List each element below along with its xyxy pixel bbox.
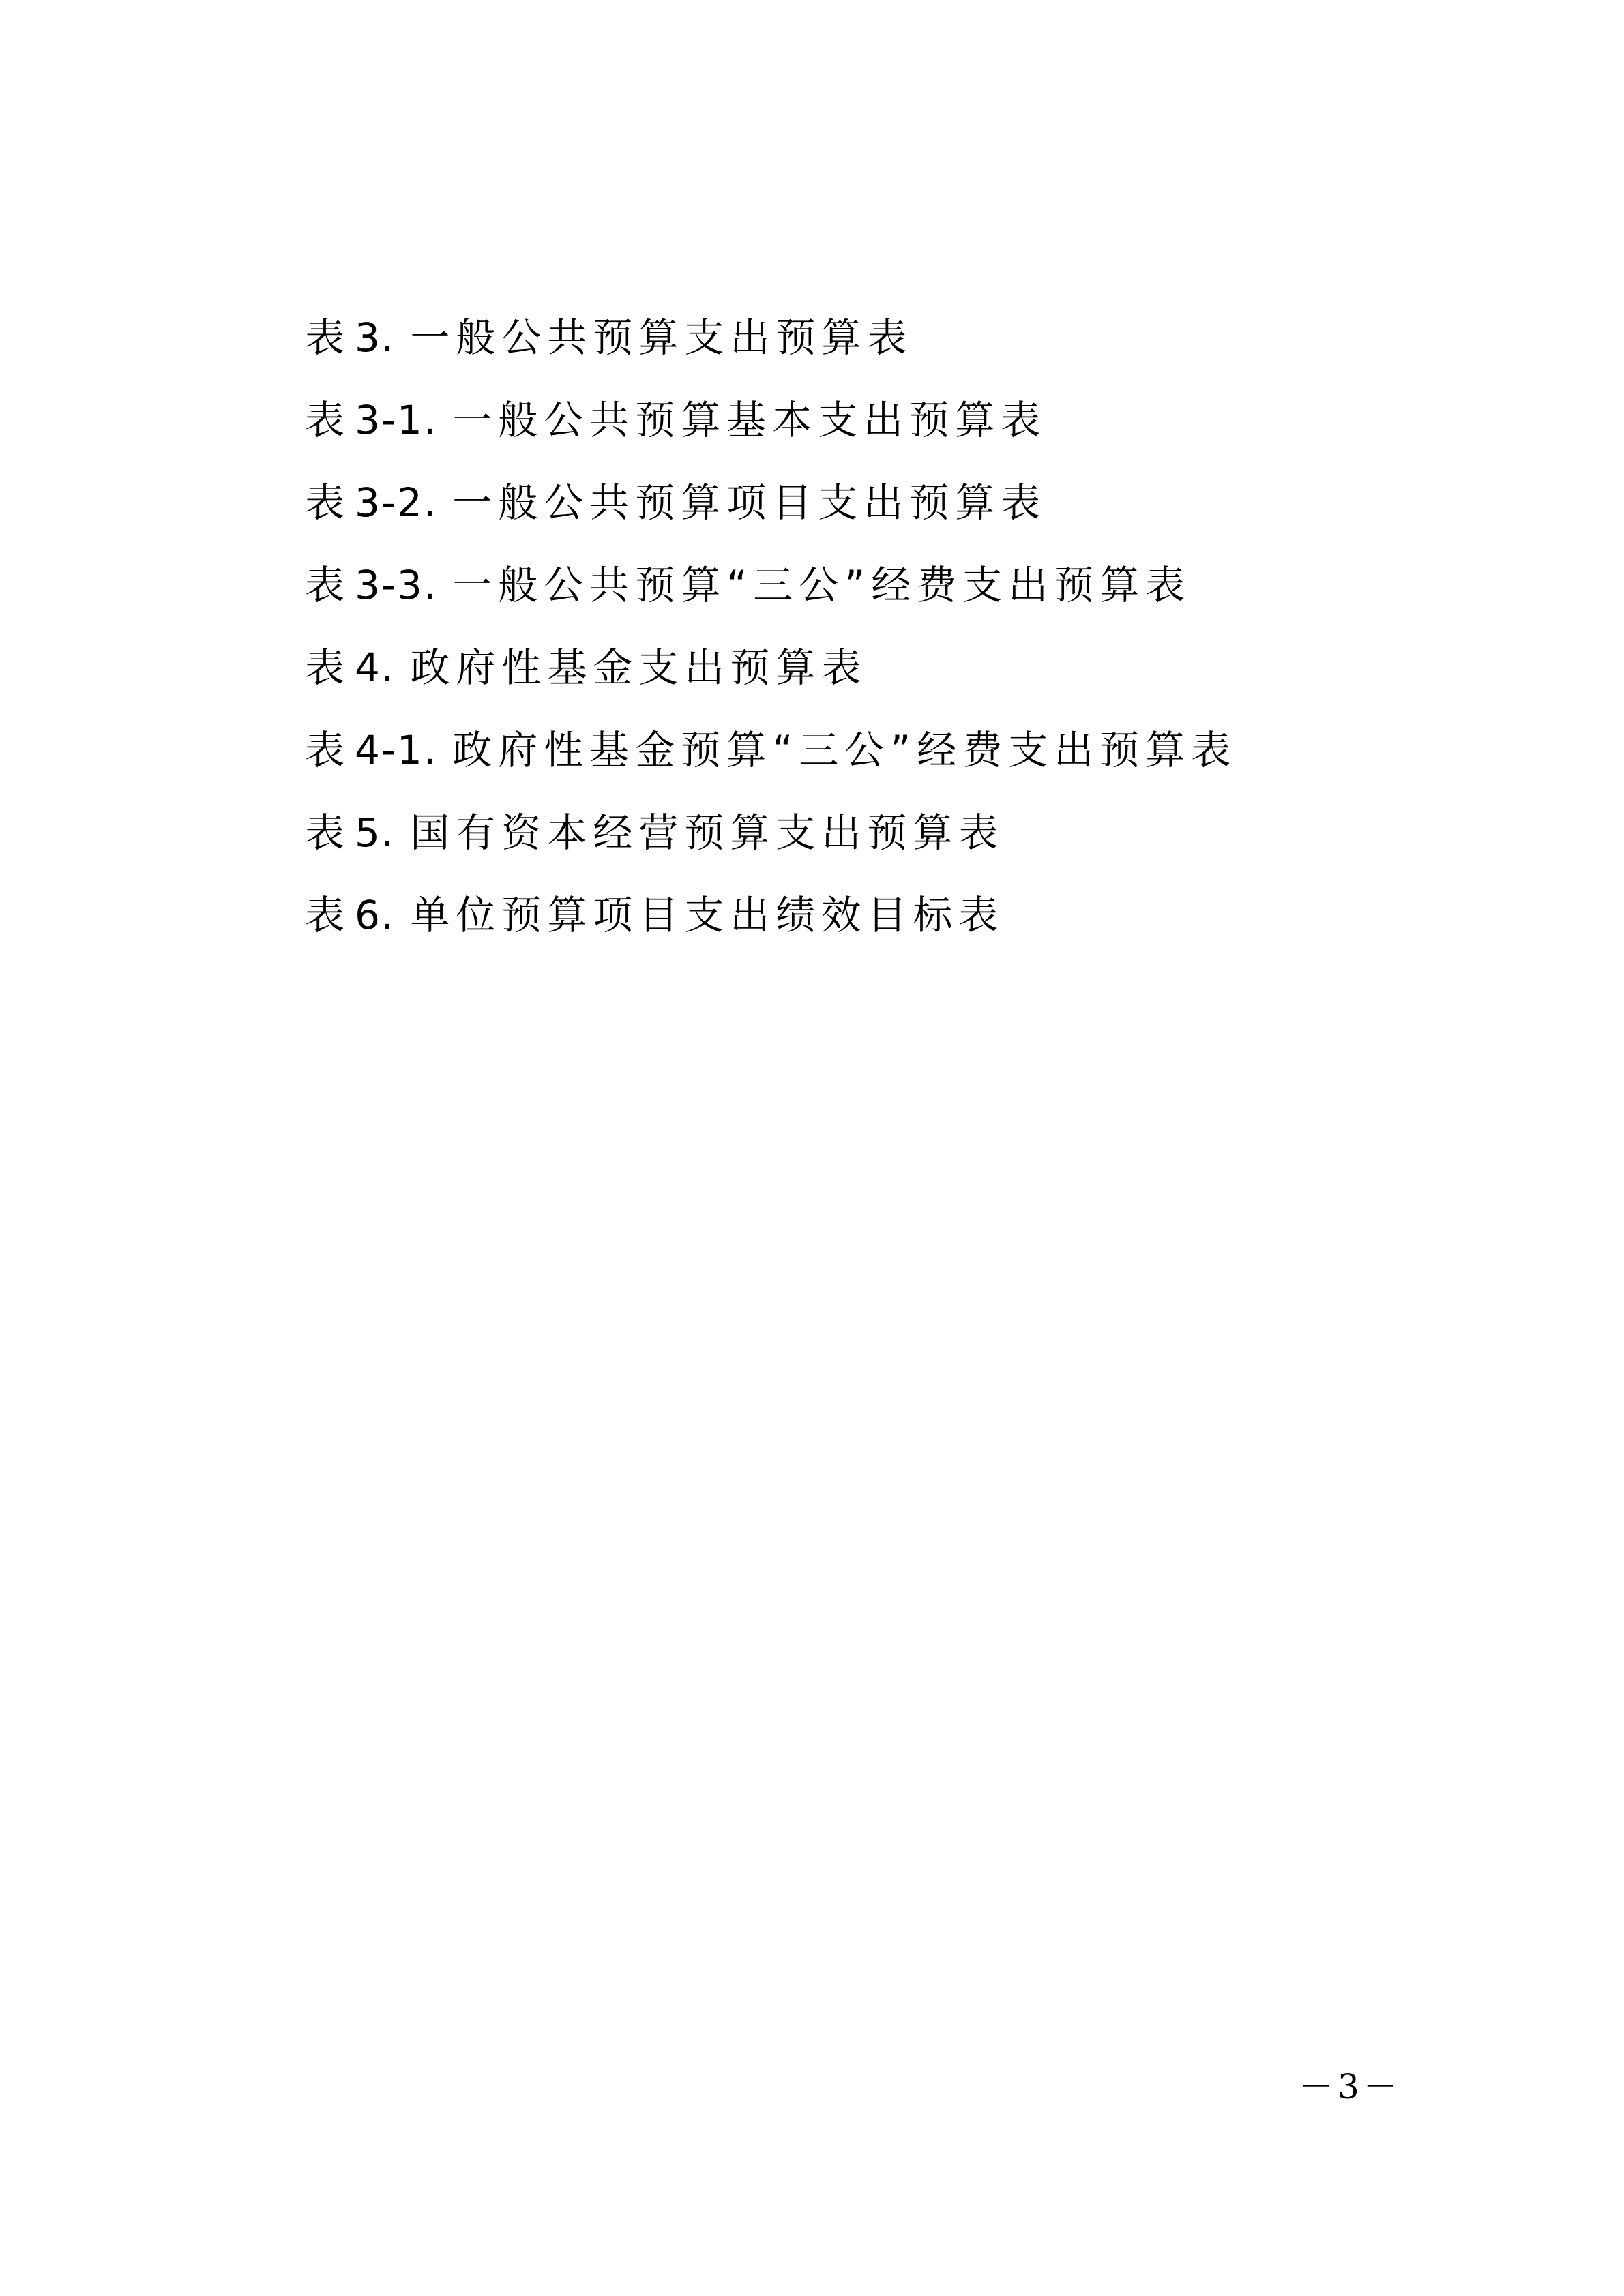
item-title: 一般公共预算支出预算表 [410,314,913,361]
item-title: 国有资本经营预算支出预算表 [410,809,1004,856]
item-number: 5. [355,809,395,856]
document-page: 表3.一般公共预算支出预算表 表3-1.一般公共预算基本支出预算表 表3-2.一… [0,0,1624,2296]
item-prefix: 表 [305,314,351,361]
item-title: 政府性基金支出预算表 [410,644,867,691]
item-number: 3-2. [355,479,437,526]
item-prefix: 表 [305,479,351,526]
item-number: 3-3. [355,562,437,608]
item-prefix: 表 [305,562,351,608]
item-number: 3. [355,314,395,361]
item-title: 政府性基金预算“三公”经费支出预算表 [452,727,1237,773]
table-list: 表3.一般公共预算支出预算表 表3-1.一般公共预算基本支出预算表 表3-2.一… [305,310,1237,970]
list-item: 表5.国有资本经营预算支出预算表 [305,805,1237,888]
item-prefix: 表 [305,727,351,773]
item-number: 3-1. [355,397,437,443]
item-number: 4. [355,644,395,691]
list-item: 表3-3.一般公共预算“三公”经费支出预算表 [305,558,1237,640]
list-item: 表4.政府性基金支出预算表 [305,640,1237,723]
item-prefix: 表 [305,809,351,856]
list-item: 表3-2.一般公共预算项目支出预算表 [305,475,1237,558]
item-prefix: 表 [305,644,351,691]
list-item: 表3.一般公共预算支出预算表 [305,310,1237,393]
item-prefix: 表 [305,892,351,938]
item-title: 一般公共预算项目支出预算表 [452,479,1046,526]
item-number: 6. [355,892,395,938]
list-item: 表4-1.政府性基金预算“三公”经费支出预算表 [305,723,1237,805]
item-title: 一般公共预算“三公”经费支出预算表 [452,562,1191,608]
page-number: －3－ [1299,2059,1402,2108]
list-item: 表6.单位预算项目支出绩效目标表 [305,888,1237,970]
item-title: 单位预算项目支出绩效目标表 [410,892,1004,938]
item-prefix: 表 [305,397,351,443]
list-item: 表3-1.一般公共预算基本支出预算表 [305,393,1237,475]
item-title: 一般公共预算基本支出预算表 [452,397,1046,443]
item-number: 4-1. [355,727,437,773]
